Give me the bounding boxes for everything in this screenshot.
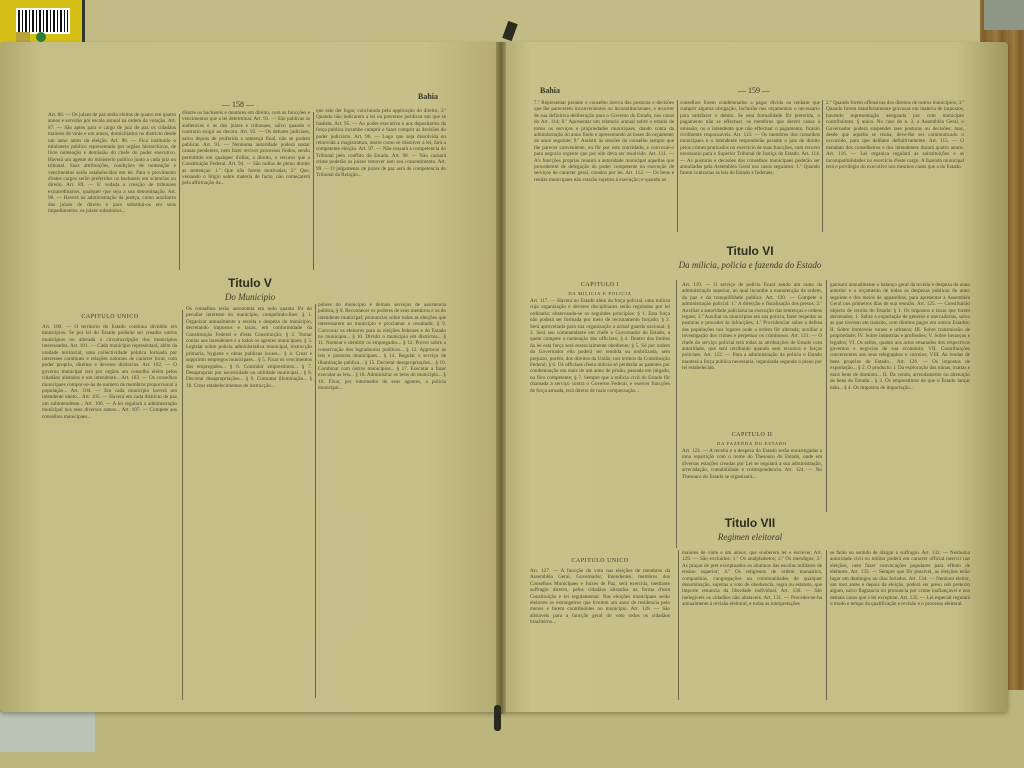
left-page: — 158 — Bahia Art. 86. — Os juizes de pa…: [0, 42, 500, 712]
titulo-subtitle: Da milicia, policia e fazenda do Estado: [600, 260, 900, 270]
text-column: conselhos forem condemnados a pagar divi…: [680, 100, 820, 232]
white-card: [0, 712, 95, 752]
titulo-heading: Titulo V: [150, 276, 350, 290]
text-column: 7.º Representar perante o conselho ácerc…: [534, 100, 674, 232]
text-column: Os conselhos terão autonomia em tudo qua…: [186, 306, 312, 698]
text-column: pobres do municipio e demais serviços de…: [318, 302, 446, 698]
titulo-heading: Titulo VI: [650, 244, 850, 258]
titulo-subtitle: Regimen eleitoral: [650, 532, 850, 542]
text-column: d'entre os bachareis e doutores em direi…: [182, 110, 310, 270]
text-column: Art. 100. — O territorio do Estado conti…: [42, 324, 177, 694]
running-head: Bahia: [418, 92, 438, 101]
capitulo-heading: CAPITULO UNICO: [530, 558, 670, 564]
page-number: — 159 —: [738, 86, 770, 95]
titulo-subtitle: Do Municipio: [150, 292, 350, 302]
sticker-icon: [16, 32, 30, 42]
column-rule: [315, 304, 316, 698]
column-rule: [179, 114, 180, 270]
column-rule: [678, 550, 679, 700]
text-column: Art. 117. — Haverá no Estado além da for…: [530, 298, 670, 548]
book-gutter: [496, 42, 506, 714]
thread-bookmark-bottom: [494, 705, 501, 731]
text-column: ganisará annualmente o balanço geral da …: [830, 282, 970, 512]
text-column: Art. 123. — A receita e a despeza do Est…: [682, 448, 822, 510]
column-rule: [826, 550, 827, 700]
capitulo-heading: CAPITULO I: [530, 282, 670, 288]
open-book: — 158 — Bahia Art. 86. — Os juizes de pa…: [0, 42, 1010, 714]
capitulo-heading: CAPITULO II: [682, 432, 822, 438]
titulo-heading: Titulo VII: [650, 516, 850, 530]
text-column: Art. 86. — Os juizes de paz serão eleito…: [48, 112, 176, 270]
capitulo-heading: CAPITULO UNICO: [40, 314, 180, 320]
text-column: Art. 119. — O serviço de policia ficará …: [682, 282, 822, 422]
column-rule: [313, 112, 314, 270]
column-rule: [676, 280, 677, 548]
corner-object: [984, 0, 1024, 30]
text-column: se farão no sentido de alargar o suffrag…: [830, 550, 970, 700]
column-rule: [677, 100, 678, 232]
running-head: Bahia: [540, 86, 560, 95]
barcode-icon: [16, 8, 70, 34]
text-column: que este der logar, concluindo pela appl…: [316, 108, 446, 270]
right-page: Bahia — 159 — 7.º Representar perante o …: [500, 42, 1008, 712]
text-column: maiores de vinte e um annos, que soubere…: [682, 550, 822, 700]
column-rule: [822, 100, 823, 232]
column-rule: [182, 310, 183, 700]
green-logo-icon: [36, 32, 46, 42]
text-column: 2.º Quando forem offensivas dos direitos…: [826, 100, 964, 232]
column-rule: [826, 280, 827, 512]
capitulo-subheading: DA FAZENDA DO ESTADO: [682, 441, 822, 446]
text-column: Art. 127. — A funcção do voto nas eleiçõ…: [530, 568, 670, 702]
capitulo-subheading: DA MILICIA E POLICIA: [530, 291, 670, 296]
page-number: — 158 —: [222, 100, 254, 109]
